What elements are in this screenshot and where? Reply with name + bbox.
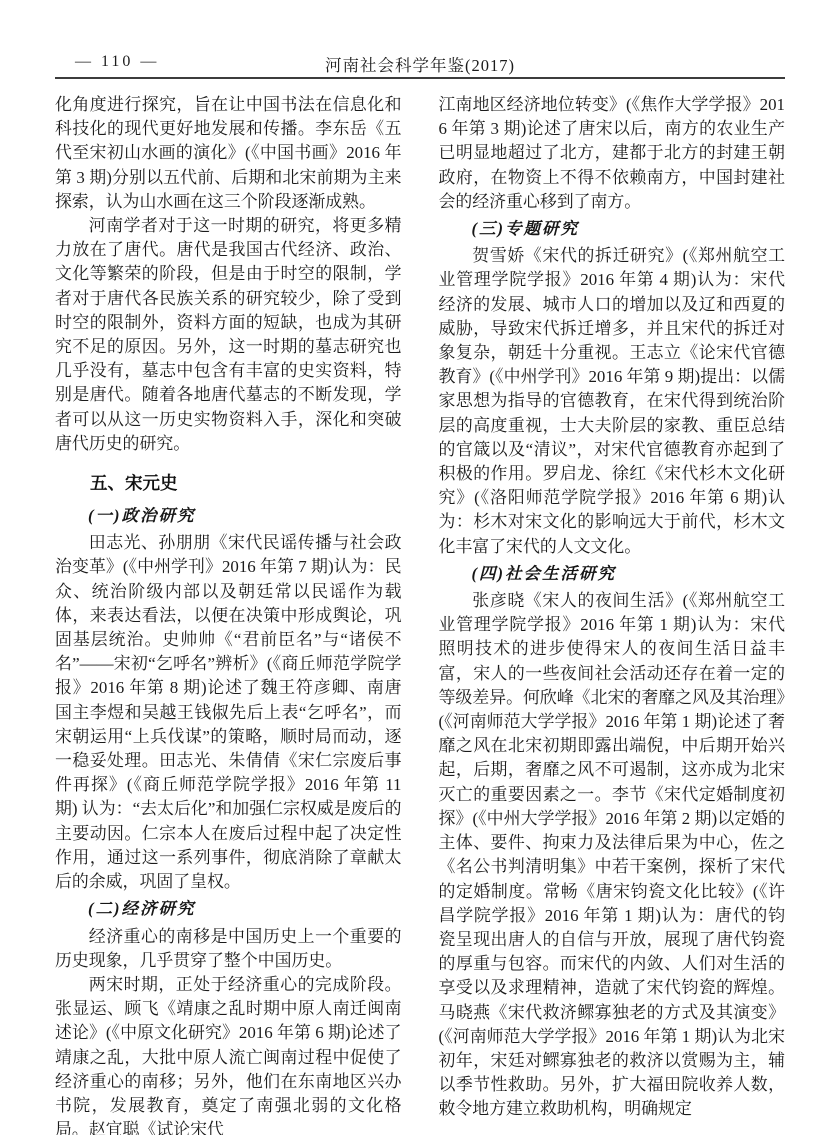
header-rule [55,77,785,79]
paragraph: 田志光、孙朋朋《宋代民谣传播与社会政治变革》(《中州学刊》2016 年第 7 期… [55,531,402,894]
document-page: — 110 — 河南社会科学年鉴(2017) 化角度进行探究，旨在让中国书法在信… [0,0,839,1135]
subsection-heading: (二)经济研究 [55,897,402,921]
subsection-heading: (一)政治研究 [55,504,402,528]
paragraph: 贺雪娇《宋代的拆迁研究》(《郑州航空工业管理学院学报》2016 年第 4 期)认… [439,244,786,559]
left-column: 化角度进行探究，旨在让中国书法在信息化和科技化的现代更好地发展和传播。李东岳《五… [55,93,402,1095]
right-column: 江南地区经济地位转变》(《焦作大学学报》2016 年第 3 期)论述了唐宋以后，… [439,93,786,1095]
paragraph: 化角度进行探究，旨在让中国书法在信息化和科技化的现代更好地发展和传播。李东岳《五… [55,93,402,214]
section-heading: 五、宋元史 [55,471,402,495]
running-title: 河南社会科学年鉴(2017) [55,52,785,76]
paragraph: 经济重心的南移是中国历史上一个重要的历史现象，几乎贯穿了整个中国历史。 [55,925,402,973]
subsection-heading: (三)专题研究 [439,217,786,241]
page-body: 化角度进行探究，旨在让中国书法在信息化和科技化的现代更好地发展和传播。李东岳《五… [55,93,785,1095]
paragraph: 河南学者对于这一时期的研究，将更多精力放在了唐代。唐代是我国古代经济、政治、文化… [55,214,402,456]
paragraph: 两宋时期，正处于经济重心的完成阶段。张显运、顾飞《靖康之乱时期中原人南迁闽南述论… [55,973,402,1135]
paragraph: 江南地区经济地位转变》(《焦作大学学报》2016 年第 3 期)论述了唐宋以后，… [439,93,786,214]
page-header: — 110 — 河南社会科学年鉴(2017) [55,52,785,76]
subsection-heading: (四)社会生活研究 [439,562,786,586]
paragraph: 张彦晓《宋人的夜间生活》(《郑州航空工业管理学院学报》2016 年第 1 期)认… [439,589,786,1121]
